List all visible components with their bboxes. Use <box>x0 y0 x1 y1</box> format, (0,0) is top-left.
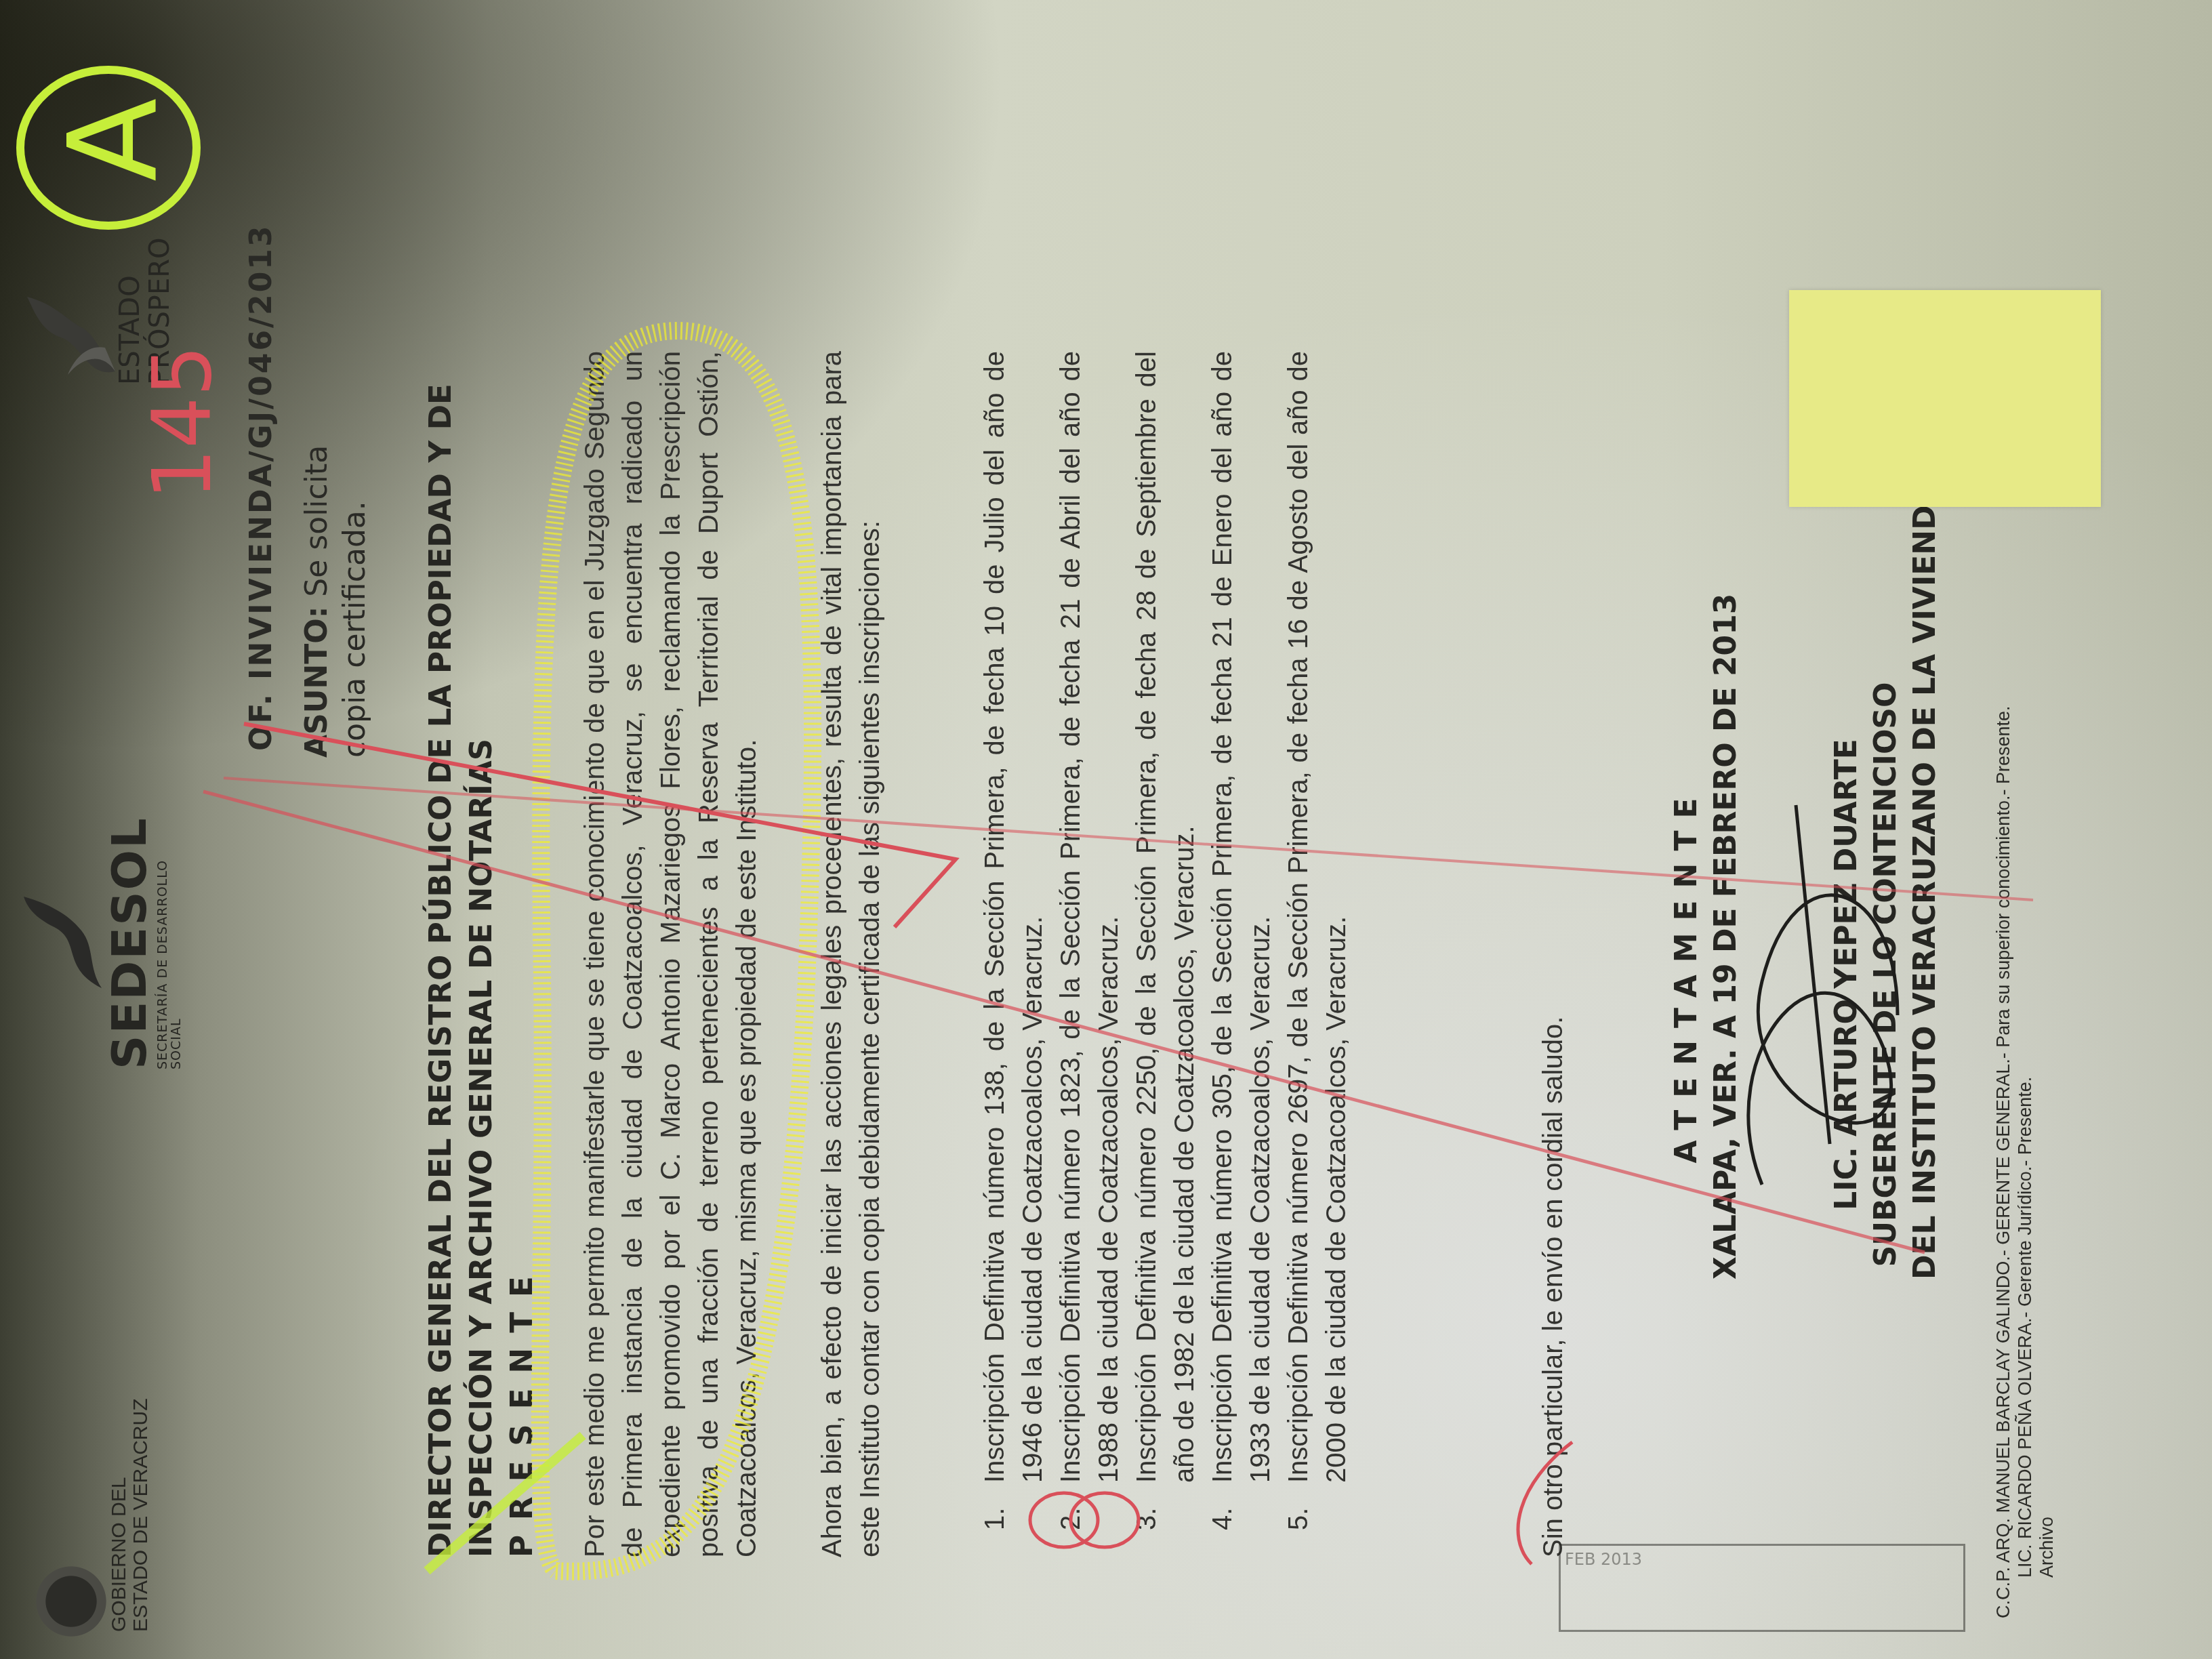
signer-title-1: SUBGERENTE DE LO CONTENCIOSO <box>1866 670 1906 1279</box>
sedesol-subtitle: SECRETARÍA DE DESARROLLO SOCIAL <box>156 860 183 1069</box>
green-letter-a: A <box>43 98 185 182</box>
government-label: GOBIERNO DEL ESTADO DE VERACRUZ <box>108 1399 152 1633</box>
presente-label: PRESENTE <box>501 384 542 1557</box>
signature-block: ATENTAMENTE XALAPA, VER. A 19 DE FEBRERO… <box>1667 670 1945 1279</box>
closing-line: Sin otro particular, le envío en cordial… <box>1538 1017 1569 1557</box>
subject-line: ASUNTO: Se solicita copia certificada. <box>298 405 374 758</box>
sedesol-logo-icon <box>20 893 108 995</box>
body-paragraph-2: Ahora bien, a efecto de iniciar las acci… <box>813 351 889 1557</box>
body-paragraph-1: Por este medio me permito manifestarle q… <box>576 351 766 1557</box>
sedesol-title: SEDESOL <box>102 817 157 1069</box>
received-stamp: FEB 2013 <box>1559 1544 1965 1632</box>
office-number: OF. INVIVIENDA/GJ/046/2013 <box>244 224 279 751</box>
list-item: 2.Inscripción Definitiva número 1823, de… <box>1052 351 1128 1530</box>
veracruz-crest-icon <box>20 1564 122 1639</box>
signer-title-2: DEL INSTITUTO VERACRUZANO DE LA VIVIENDA <box>1906 670 1945 1279</box>
green-circle-icon <box>20 70 197 226</box>
ccp-block: C.C.P. ARQ. MANUEL BARCLAY GALINDO.- GER… <box>1992 706 2057 1618</box>
list-item: 4.Inscripción Definitiva número 305, de … <box>1204 351 1279 1530</box>
recipient-block: DIRECTOR GENERAL DEL REGISTRO PÚBLICO DE… <box>420 384 542 1557</box>
list-item: 5.Inscripción Definitiva número 2697, de… <box>1279 351 1355 1530</box>
signer-name: LIC. ARTURO YEPEZ DUARTE <box>1827 670 1866 1279</box>
list-item: 1.Inscripción Definitiva número 138, de … <box>976 351 1052 1530</box>
estado-prospero-label: ESTADO PRÓSPERO <box>115 238 175 385</box>
estado-prospero-logo-icon <box>20 290 122 385</box>
list-item: 3.Inscripción Definitiva número 2250, de… <box>1128 351 1204 1530</box>
subject-label: ASUNTO: <box>300 607 334 758</box>
document-page: GOBIERNO DEL ESTADO DE VERACRUZ SEDESOL … <box>0 0 2212 1659</box>
sticky-note <box>1789 290 2101 507</box>
place-date: XALAPA, VER. A 19 DE FEBRERO DE 2013 <box>1706 670 1746 1279</box>
atentamente-label: ATENTAMENTE <box>1667 670 1706 1279</box>
inscriptions-list: 1.Inscripción Definitiva número 138, de … <box>976 351 1355 1530</box>
